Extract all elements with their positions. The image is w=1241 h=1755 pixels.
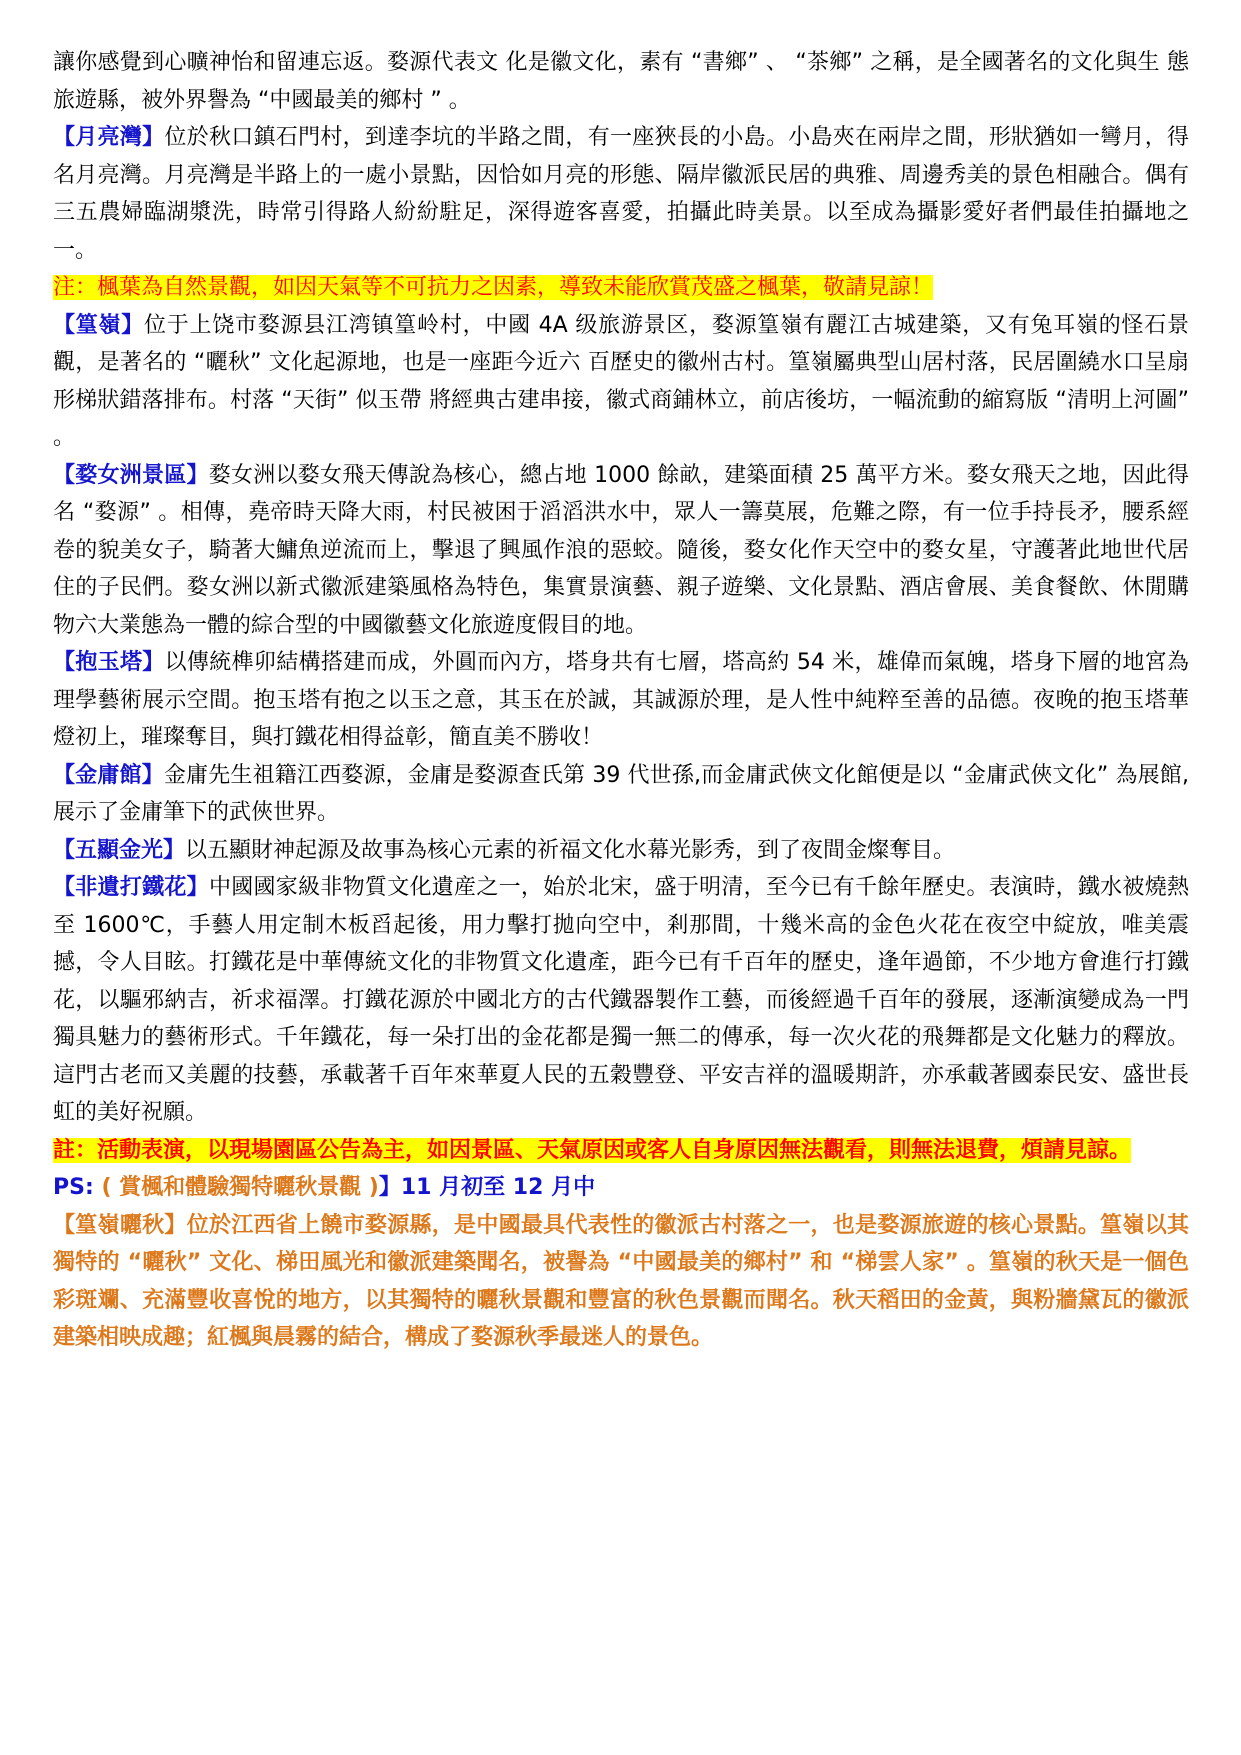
attraction-header-huangling: 【篁嶺】 — [53, 313, 144, 338]
attraction-jinyong-hall: 【金庸館】金庸先生祖籍江西婺源，金庸是婺源查氏第 39 代世孫,而金庸武俠文化館… — [53, 757, 1189, 832]
intro-paragraph: 讓你感覺到心曠神怡和留連忘返。婺源代表文 化是徽文化，素有 “書鄉” 、 “茶鄉… — [53, 44, 1189, 119]
attraction-text-moon-bay: 位於秋口鎮石門村，到達李坑的半路之間，有一座狹長的小島。小島夾在兩岸之間，形狀猶… — [53, 125, 1189, 263]
attraction-moon-bay: 【月亮灣】位於秋口鎮石門村，到達李坑的半路之間，有一座狹長的小島。小島夾在兩岸之… — [53, 119, 1189, 269]
ps-date-range: 】11 月初至 12 月中 — [379, 1175, 595, 1200]
ps-prefix: PS: — [53, 1175, 101, 1200]
maple-leaf-note: 注：楓葉為自然景觀，如因天氣等不可抗力之因素，導致未能欣賞茂盛之楓葉，敬請見諒！ — [53, 269, 1189, 307]
intro-text: 讓你感覺到心曠神怡和留連忘返。婺源代表文 化是徽文化，素有 “書鄉” 、 “茶鄉… — [53, 50, 1189, 113]
attraction-wunvzhou: 【婺女洲景區】婺女洲以婺女飛天傳說為核心，總占地 1000 餘畝，建築面積 25… — [53, 457, 1189, 645]
attraction-header-tiehua: 【非遺打鐵花】 — [53, 875, 209, 900]
attraction-text-baoyu-tower: 以傳統榫卯結構搭建而成，外圓而內方，塔身共有七層，塔高約 54 米，雄偉而氣魄，… — [53, 650, 1189, 750]
attraction-wuxian-jinguang: 【五顯金光】以五顯財神起源及故事為核心元素的祈福文化水幕光影秀，到了夜間金燦奪目… — [53, 832, 1189, 870]
attraction-huangling: 【篁嶺】位于上饶市婺源县江湾镇篁岭村，中國 4A 级旅游景区，婺源篁嶺有麗江古城… — [53, 307, 1189, 457]
attraction-text-wunvzhou: 婺女洲以婺女飛天傳說為核心，總占地 1000 餘畝，建築面積 25 萬平方米。婺… — [53, 463, 1189, 638]
maple-leaf-note-text: 注：楓葉為自然景觀，如因天氣等不可抗力之因素，導致未能欣賞茂盛之楓葉，敬請見諒！ — [53, 275, 933, 300]
ps-highlight-text: ( 賞楓和體驗獨特曬秋景觀 ) — [101, 1175, 378, 1200]
attraction-header-jinyong-hall: 【金庸館】 — [53, 763, 164, 788]
performance-note: 註：活動表演，以現場園區公告為主，如因景區、天氣原因或客人自身原因無法觀看，則無… — [53, 1132, 1189, 1170]
attraction-header-huangling-autumn: 【篁嶺曬秋】 — [53, 1213, 187, 1238]
ps-line: PS: ( 賞楓和體驗獨特曬秋景觀 )】11 月初至 12 月中 — [53, 1169, 1189, 1207]
attraction-text-jinyong-hall: 金庸先生祖籍江西婺源，金庸是婺源查氏第 39 代世孫,而金庸武俠文化館便是以 “… — [53, 763, 1189, 826]
attraction-text-wuxian-jinguang: 以五顯財神起源及故事為核心元素的祈福文化水幕光影秀，到了夜間金燦奪目。 — [185, 838, 955, 863]
performance-note-text: 註：活動表演，以現場園區公告為主，如因景區、天氣原因或客人自身原因無法觀看，則無… — [53, 1138, 1131, 1163]
attraction-header-wunvzhou: 【婺女洲景區】 — [53, 463, 209, 488]
attraction-baoyu-tower: 【抱玉塔】以傳統榫卯結構搭建而成，外圓而內方，塔身共有七層，塔高約 54 米，雄… — [53, 644, 1189, 757]
attraction-tiehua: 【非遺打鐵花】中國國家級非物質文化遺産之一，始於北宋，盛于明清，至今已有千餘年歷… — [53, 869, 1189, 1132]
attraction-text-huangling-autumn: 位於江西省上饒市婺源縣，是中國最具代表性的徽派古村落之一，也是婺源旅遊的核心景點… — [53, 1213, 1189, 1351]
attraction-header-baoyu-tower: 【抱玉塔】 — [53, 650, 165, 675]
document-page: 讓你感覺到心曠神怡和留連忘返。婺源代表文 化是徽文化，素有 “書鄉” 、 “茶鄉… — [0, 0, 1241, 1755]
attraction-header-wuxian-jinguang: 【五顯金光】 — [53, 838, 185, 863]
attraction-header-moon-bay: 【月亮灣】 — [53, 125, 164, 150]
attraction-text-huangling: 位于上饶市婺源县江湾镇篁岭村，中國 4A 级旅游景区，婺源篁嶺有麗江古城建築，又… — [53, 313, 1189, 451]
attraction-huangling-autumn: 【篁嶺曬秋】位於江西省上饒市婺源縣，是中國最具代表性的徽派古村落之一，也是婺源旅… — [53, 1207, 1189, 1357]
attraction-text-tiehua: 中國國家級非物質文化遺産之一，始於北宋，盛于明清，至今已有千餘年歷史。表演時，鐵… — [53, 875, 1189, 1125]
